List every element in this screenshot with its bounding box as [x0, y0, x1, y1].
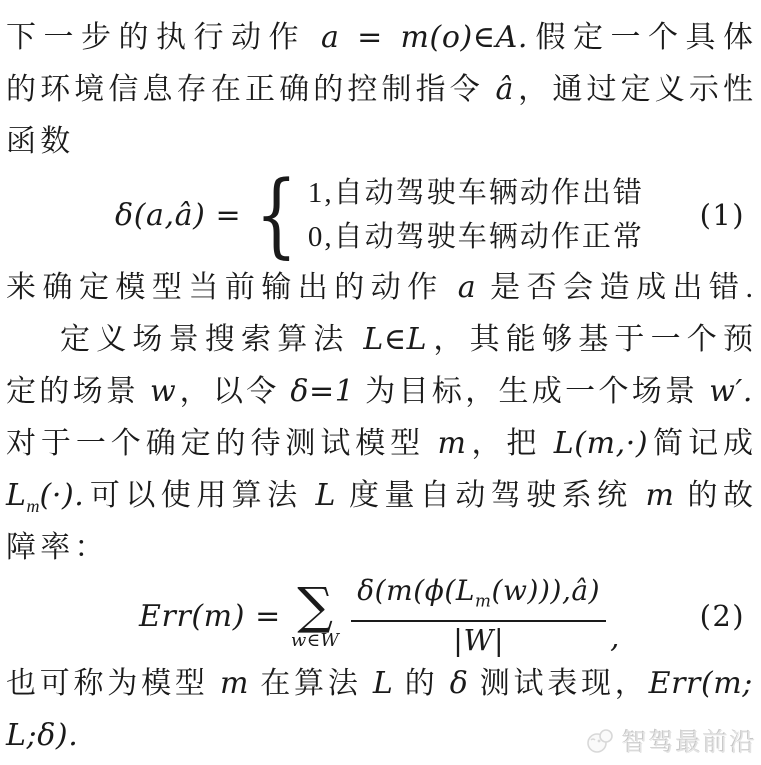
math-run: L	[6, 478, 27, 513]
sum-limits: w∈W	[291, 632, 339, 650]
fraction: δ(m(ϕ(Lm(w))),â) |W|	[351, 574, 606, 658]
text-run: 假定一个具体	[528, 21, 753, 54]
summation: ∑ w∈W	[291, 582, 339, 650]
math-run: δ(m(ϕ(L	[357, 574, 475, 607]
text-line-12: 也可称为模型 m 在算法 L 的 δ 测试表现，Err(m;	[6, 658, 753, 710]
text-run: 测试表现，	[468, 667, 648, 700]
math-run: δ	[450, 666, 469, 701]
equation-number: (1)	[700, 198, 745, 232]
text-run: 可以使用算法	[84, 479, 315, 512]
math-run: L(m,·)	[554, 426, 648, 461]
text-run: 对于一个确定的待测试模型	[6, 427, 438, 460]
text-line-2: 的环境信息存在正确的控制指令 â，通过定义示性	[6, 64, 753, 116]
text-run: 的故	[675, 479, 753, 512]
text-line-10: 障率：	[6, 522, 753, 574]
case-normal: 0,自动驾驶车辆动作正常	[308, 215, 644, 259]
math-run: â	[496, 72, 515, 107]
math-run: m	[438, 426, 467, 461]
text-run: 障率：	[6, 531, 109, 564]
math-run: L∈L	[363, 322, 427, 357]
fraction-numerator: δ(m(ϕ(Lm(w))),â)	[351, 574, 606, 620]
text-line-7: 定的场景 w，以令 δ=1 为目标，生成一个场景 w′.	[6, 366, 753, 418]
math-run: w′.	[709, 374, 753, 409]
text-run: ，通过定义示性	[514, 73, 753, 106]
text-line-9: Lm(·).可以使用算法 L 度量自动驾驶系统 m 的故	[6, 470, 753, 522]
case-error: 1,自动驾驶车辆动作出错	[308, 171, 644, 215]
equation-lhs: Err(m) =	[139, 599, 281, 634]
math-subscript: m	[27, 496, 40, 516]
text-line-1: 下一步的执行动作 a = m(o)∈A.假定一个具体	[6, 12, 753, 64]
fraction-denominator: |W|	[351, 620, 606, 658]
text-run: 简记成	[648, 427, 753, 460]
text-run: 来确定模型当前输出的动作	[6, 271, 458, 304]
math-run: Err(m;	[649, 666, 753, 701]
text-line-3: 函数	[6, 116, 753, 168]
watermark-label: 智驾最前沿	[622, 723, 757, 759]
math-run: w	[150, 374, 176, 409]
text-run: 在算法	[249, 667, 373, 700]
text-run: 的	[393, 667, 449, 700]
equation-1-body: δ(a,â) = { 1,自动驾驶车辆动作出错 0,自动驾驶车辆动作正常	[115, 171, 644, 259]
text-run: 的环境信息存在正确的控制指令	[6, 73, 496, 106]
brand-mascot-icon	[586, 728, 616, 754]
text-line-8: 对于一个确定的待测试模型 m，把 L(m,·)简记成	[6, 418, 753, 470]
text-line-5: 来确定模型当前输出的动作 a 是否会造成出错.	[6, 262, 753, 314]
text-run: ，其能够基于一个预	[427, 323, 753, 356]
text-run: ，把	[467, 427, 554, 460]
math-subscript: m	[475, 591, 491, 611]
math-run: m	[220, 666, 249, 701]
math-run: a = m(o)∈A.	[321, 20, 528, 55]
document-page: 下一步的执行动作 a = m(o)∈A.假定一个具体 的环境信息存在正确的控制指…	[0, 0, 761, 765]
math-run: a	[458, 270, 477, 305]
text-run: 为目标，生成一个场景	[354, 375, 709, 408]
text-run: 是否会造成出错.	[476, 271, 753, 304]
math-run: L	[373, 666, 394, 701]
equation-1: δ(a,â) = { 1,自动驾驶车辆动作出错 0,自动驾驶车辆动作正常 (1)	[6, 168, 753, 262]
text-run: 下一步的执行动作	[6, 21, 321, 54]
equation-cases: 1,自动驾驶车辆动作出错 0,自动驾驶车辆动作正常	[308, 171, 644, 259]
text-run: 定的场景	[6, 375, 150, 408]
equation-2: Err(m) = ∑ w∈W δ(m(ϕ(Lm(w))),â) |W| , (2…	[6, 574, 753, 658]
math-run: L	[316, 478, 337, 513]
math-run: δ=1	[290, 374, 354, 409]
equation-2-body: Err(m) = ∑ w∈W δ(m(ϕ(Lm(w))),â) |W| ,	[139, 574, 620, 658]
math-run: (·).	[40, 478, 85, 513]
math-run: (w))),â)	[492, 574, 601, 607]
watermark: 智驾最前沿	[586, 723, 757, 759]
text-run: 度量自动驾驶系统	[336, 479, 646, 512]
equation-number: (2)	[700, 599, 745, 633]
equation-lhs: δ(a,â) =	[115, 198, 241, 233]
text-run: 也可称为模型	[6, 667, 220, 700]
text-run: 函数	[6, 125, 74, 158]
text-line-6: 定义场景搜索算法 L∈L，其能够基于一个预	[6, 314, 753, 366]
sigma-symbol: ∑	[297, 582, 333, 630]
trailing-comma: ,	[610, 620, 620, 654]
math-run: L;δ).	[6, 718, 78, 753]
math-run: m	[646, 478, 675, 513]
text-run: 定义场景搜索算法	[60, 323, 363, 356]
text-run: ，以令	[176, 375, 290, 408]
